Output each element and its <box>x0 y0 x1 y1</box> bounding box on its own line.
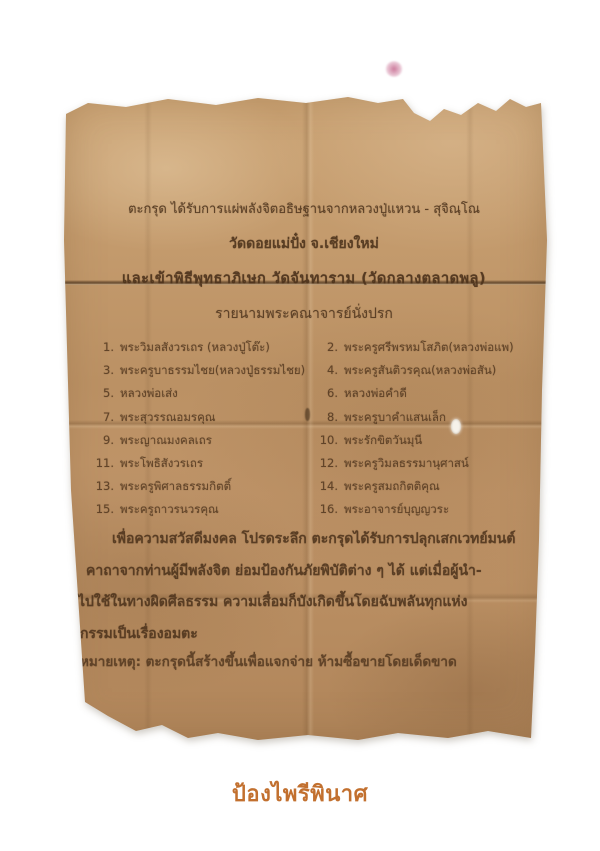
monk-name: พระวิมลสังวรเถร (หลวงปู่โต๊ะ) <box>120 336 312 359</box>
aged-paper-sheet: ตะกรุด ได้รับการแผ่พลังจิตอธิษฐานจากหลวง… <box>58 90 550 742</box>
monk-number: 10. <box>312 429 344 452</box>
monk-number: 13. <box>94 475 120 498</box>
monk-number: 4. <box>312 359 344 382</box>
monk-number: 15. <box>94 498 120 521</box>
photo-of-document: ตะกรุด ได้รับการแผ่พลังจิตอธิษฐานจากหลวง… <box>0 0 600 770</box>
header-line-list-title: รายนามพระคณาจารย์นั่งปรก <box>68 297 540 332</box>
document-note: หมายเหตุ: ตะกรุดนี้สร้างขึ้นเพื่อแจกจ่าย… <box>80 650 540 672</box>
monk-number: 3. <box>94 359 120 382</box>
monk-name: พระรักขิตวันมุนี <box>344 429 536 452</box>
monk-name: พระญาณมงคลเถร <box>120 429 312 452</box>
body-line: เพื่อความสวัสดีมงคล โปรดระลึก ตะกรุดได้ร… <box>72 524 540 556</box>
pink-smudge <box>385 61 403 77</box>
monk-number: 7. <box>94 406 120 429</box>
monk-number: 2. <box>312 336 344 359</box>
monk-number: 1. <box>94 336 120 359</box>
monk-number: 6. <box>312 382 344 405</box>
monk-name: พระโพธิสังวรเถร <box>120 452 312 475</box>
monk-number: 8. <box>312 406 344 429</box>
photo-caption: ป้องไพรีพินาศ <box>0 776 600 811</box>
monk-number: 9. <box>94 429 120 452</box>
monk-name: หลวงพ่อคำดี <box>344 382 536 405</box>
paper: ตะกรุด ได้รับการแผ่พลังจิตอธิษฐานจากหลวง… <box>58 90 550 742</box>
body-line: คาถาจากท่านผู้มีพลังจิต ย่อมป้องกันภัยพิ… <box>72 556 540 588</box>
header-line-temple: วัดดอยแม่ปั๋ง จ.เชียงใหม่ <box>68 227 540 262</box>
typewritten-text: ตะกรุด ได้รับการแผ่พลังจิตอธิษฐานจากหลวง… <box>58 90 550 742</box>
header-line-blessing: ตะกรุด ได้รับการแผ่พลังจิตอธิษฐานจากหลวง… <box>68 192 540 227</box>
monk-name: พระครูถาวรนวรคุณ <box>120 498 312 521</box>
monk-number: 12. <box>312 452 344 475</box>
monk-number: 11. <box>94 452 120 475</box>
header-line-ceremony: และเข้าพิธีพุทธาภิเษก วัดจันทาราม (วัดกล… <box>68 262 540 297</box>
monk-name: พระสุวรรณอมรคุณ <box>120 406 312 429</box>
monk-number: 14. <box>312 475 344 498</box>
monk-name: พระครูบาธรรมไชย(หลวงปู่ธรรมไชย) <box>120 359 312 382</box>
monk-number: 5. <box>94 382 120 405</box>
monk-name: หลวงพ่อเส่ง <box>120 382 312 405</box>
monk-name: พระครูบาคำแสนเล็ก <box>344 406 536 429</box>
monk-name: พระครูสันติวรคุณ(หลวงพ่อสัน) <box>344 359 536 382</box>
monk-name: พระครูพิศาลธรรมกิตติ์ <box>120 475 312 498</box>
monk-name: พระครูศรีพรหมโสภิต(หลวงพ่อแพ) <box>344 336 536 359</box>
document-header: ตะกรุด ได้รับการแผ่พลังจิตอธิษฐานจากหลวง… <box>68 192 540 332</box>
monk-name: พระครูวิมลธรรมานุศาสน์ <box>344 452 536 475</box>
monk-name-list: 1. พระวิมลสังวรเถร (หลวงปู่โต๊ะ) 2. พระค… <box>94 336 536 522</box>
monk-name: พระครูสมถกิตติคุณ <box>344 475 536 498</box>
body-line: ไปใช้ในทางผิดศีลธรรม ความเสื่อมก็บังเกิด… <box>72 587 540 619</box>
document-body-paragraph: เพื่อความสวัสดีมงคล โปรดระลึก ตะกรุดได้ร… <box>72 524 540 650</box>
monk-name: พระอาจารย์บุญญวระ <box>344 498 536 521</box>
body-line: กรรมเป็นเรื่องอมตะ <box>72 619 540 651</box>
monk-number: 16. <box>312 498 344 521</box>
